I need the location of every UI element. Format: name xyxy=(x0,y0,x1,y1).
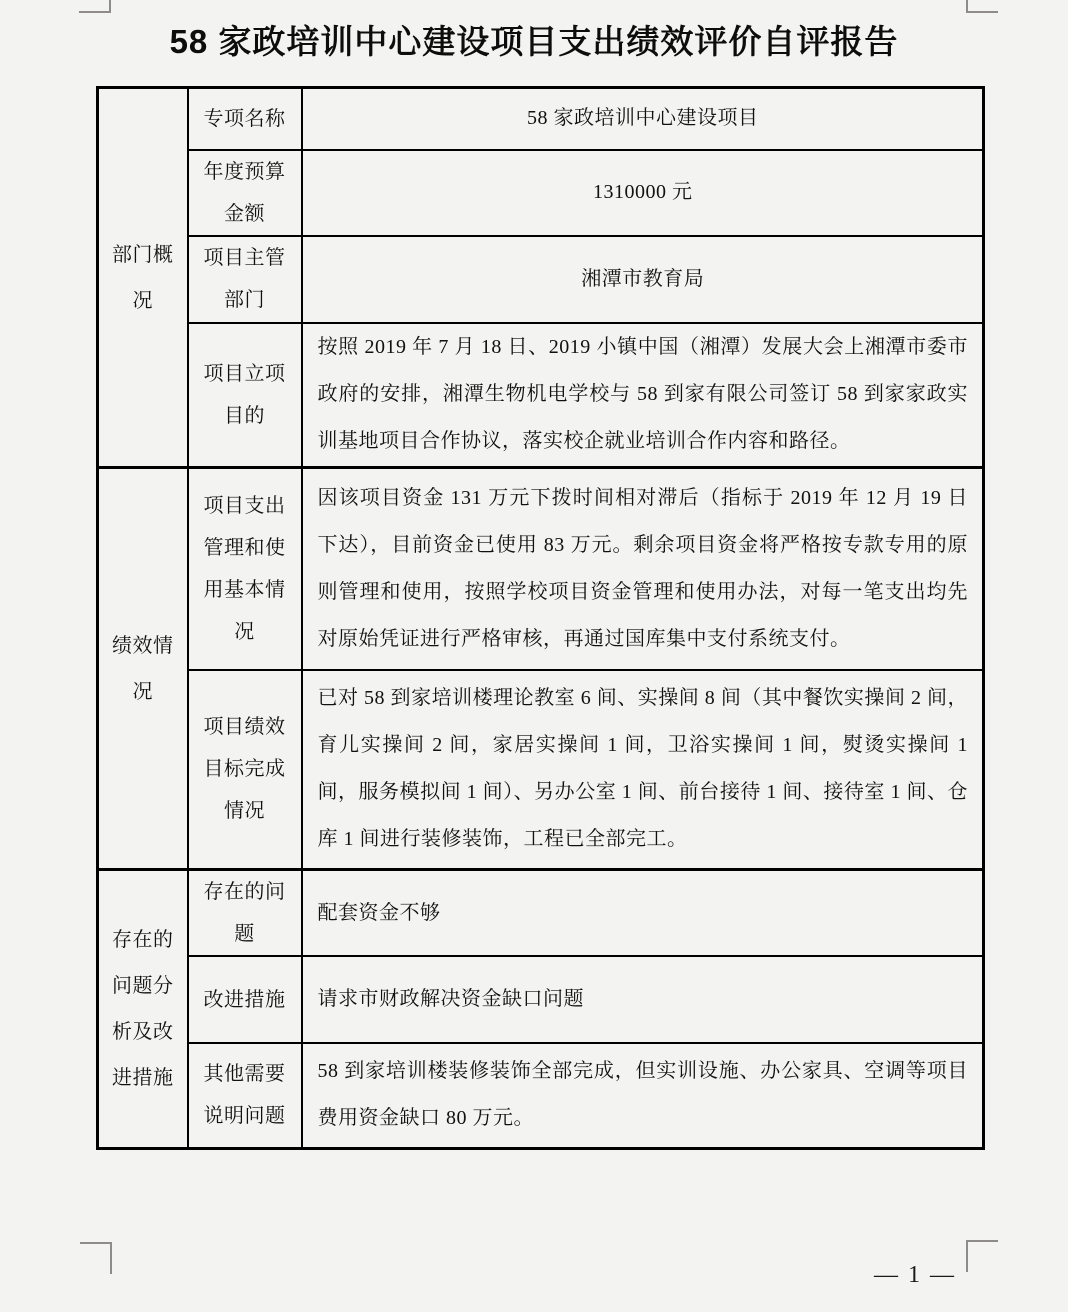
value-improvement-measures: 请求市财政解决资金缺口问题 xyxy=(302,956,984,1043)
value-other-notes: 58 到家培训楼装修装饰全部完成，但实训设施、办公家具、空调等项目费用资金缺口 … xyxy=(302,1043,984,1148)
label-improvement-measures: 改进措施 xyxy=(188,956,302,1043)
page-number: — 1 — xyxy=(874,1262,956,1289)
corner-mark-bottom-left xyxy=(80,1242,112,1274)
corner-mark-top-left xyxy=(79,0,111,13)
label-expenditure-management: 项目支出管理和使用基本情况 xyxy=(188,468,302,670)
value-special-project-name: 58 家政培训中心建设项目 xyxy=(302,88,984,150)
value-performance-target-completion: 已对 58 到家培训楼理论教室 6 间、实操间 8 间（其中餐饮实操间 2 间，… xyxy=(302,670,984,870)
group-header-performance-status: 绩效情况 xyxy=(98,468,188,870)
value-annual-budget-amount: 1310000 元 xyxy=(302,150,984,236)
corner-mark-bottom-right xyxy=(966,1240,998,1272)
value-supervisor-department: 湘潭市教育局 xyxy=(302,236,984,323)
group-label: 绩效情况 xyxy=(109,623,177,715)
label-project-approval-purpose: 项目立项目的 xyxy=(188,323,302,468)
group-header-dept-overview: 部门概况 xyxy=(98,88,188,468)
label-existing-problems: 存在的问题 xyxy=(188,870,302,957)
group-label: 存在的问题分析及改进措施 xyxy=(109,917,177,1101)
report-table: 部门概况 专项名称 58 家政培训中心建设项目 年度预算金额 1310000 元… xyxy=(96,86,985,1150)
value-existing-problems: 配套资金不够 xyxy=(302,870,984,957)
label-special-project-name: 专项名称 xyxy=(188,88,302,150)
page-title: 58 家政培训中心建设项目支出绩效评价自评报告 xyxy=(0,16,1068,63)
group-header-problems-analysis: 存在的问题分析及改进措施 xyxy=(98,870,188,1149)
corner-mark-top-right xyxy=(966,0,998,13)
label-annual-budget-amount: 年度预算金额 xyxy=(188,150,302,236)
label-performance-target-completion: 项目绩效目标完成情况 xyxy=(188,670,302,870)
label-supervisor-department: 项目主管部门 xyxy=(188,236,302,323)
label-other-notes: 其他需要说明问题 xyxy=(188,1043,302,1148)
group-label: 部门概况 xyxy=(109,232,177,324)
value-expenditure-management: 因该项目资金 131 万元下拨时间相对滞后（指标于 2019 年 12 月 19… xyxy=(302,468,984,670)
value-project-approval-purpose: 按照 2019 年 7 月 18 日、2019 小镇中国（湘潭）发展大会上湘潭市… xyxy=(302,323,984,468)
